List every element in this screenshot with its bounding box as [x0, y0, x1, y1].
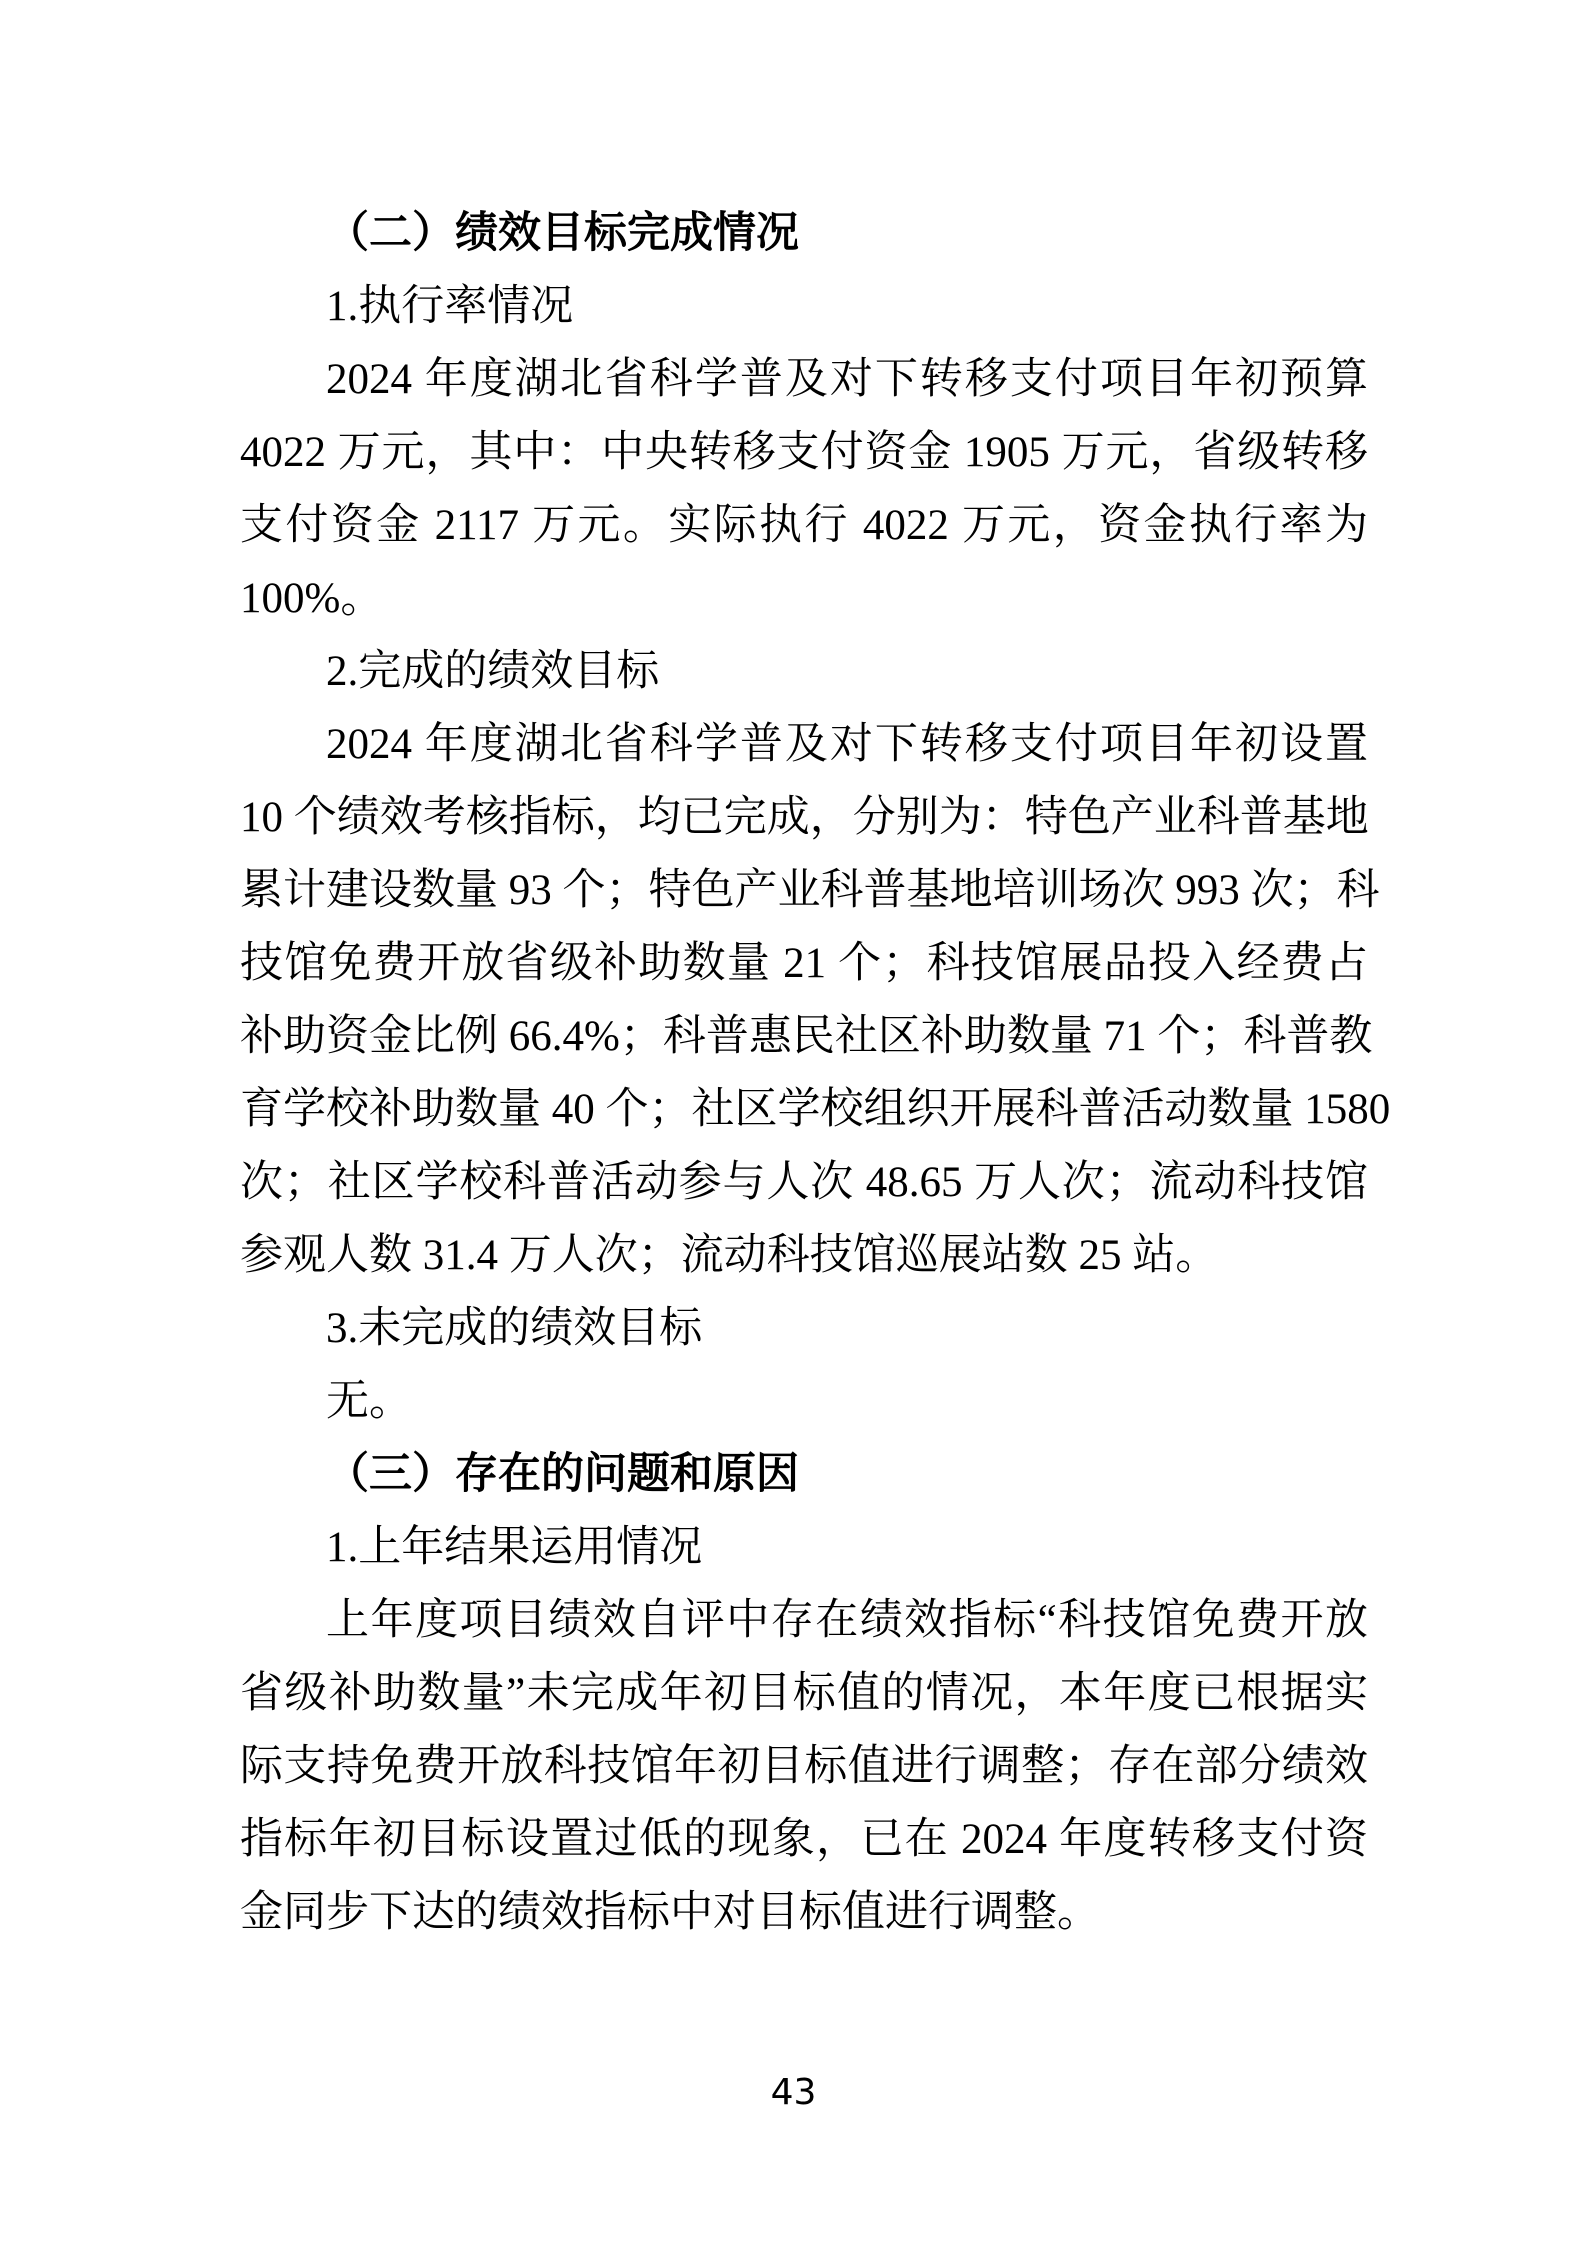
- paragraph-line: 支付资金 2117 万元。实际执行 4022 万元，资金执行率为: [240, 489, 1368, 562]
- subsection-heading: 1.执行率情况: [240, 270, 1368, 343]
- paragraph-line: 指标年初目标设置过低的现象，已在 2024 年度转移支付资: [240, 1803, 1368, 1876]
- paragraph-line: 次；社区学校科普活动参与人次 48.65 万人次；流动科技馆: [240, 1146, 1368, 1219]
- paragraph-line: 技馆免费开放省级补助数量 21 个；科技馆展品投入经费占: [240, 927, 1368, 1000]
- paragraph-line: 上年度项目绩效自评中存在绩效指标“科技馆免费开放: [240, 1584, 1368, 1657]
- paragraph-line: 参观人数 31.4 万人次；流动科技馆巡展站数 25 站。: [240, 1219, 1368, 1292]
- document-body: （二）绩效目标完成情况 1.执行率情况 2024 年度湖北省科学普及对下转移支付…: [240, 197, 1368, 1949]
- subsection-heading: 3.未完成的绩效目标: [240, 1292, 1368, 1365]
- paragraph-line: 省级补助数量”未完成年初目标值的情况，本年度已根据实: [240, 1657, 1368, 1730]
- paragraph-line: 4022 万元，其中：中央转移支付资金 1905 万元，省级转移: [240, 416, 1368, 489]
- paragraph-line: 2024 年度湖北省科学普及对下转移支付项目年初预算: [240, 343, 1368, 416]
- section-heading-2: （二）绩效目标完成情况: [240, 197, 1368, 270]
- section-heading-3: （三）存在的问题和原因: [240, 1438, 1368, 1511]
- page-number: 43: [0, 2072, 1587, 2114]
- paragraph-line: 无。: [240, 1365, 1368, 1438]
- paragraph-line: 际支持免费开放科技馆年初目标值进行调整；存在部分绩效: [240, 1730, 1368, 1803]
- paragraph-line: 2024 年度湖北省科学普及对下转移支付项目年初设置: [240, 708, 1368, 781]
- paragraph-line: 10 个绩效考核指标，均已完成，分别为：特色产业科普基地: [240, 781, 1368, 854]
- paragraph-line: 育学校补助数量 40 个；社区学校组织开展科普活动数量 1580: [240, 1073, 1368, 1146]
- paragraph-line: 100%。: [240, 562, 1368, 635]
- paragraph-line: 金同步下达的绩效指标中对目标值进行调整。: [240, 1876, 1368, 1949]
- subsection-heading: 1.上年结果运用情况: [240, 1511, 1368, 1584]
- paragraph-line: 补助资金比例 66.4%；科普惠民社区补助数量 71 个；科普教: [240, 1000, 1368, 1073]
- paragraph-line: 累计建设数量 93 个；特色产业科普基地培训场次 993 次；科: [240, 854, 1368, 927]
- subsection-heading: 2.完成的绩效目标: [240, 635, 1368, 708]
